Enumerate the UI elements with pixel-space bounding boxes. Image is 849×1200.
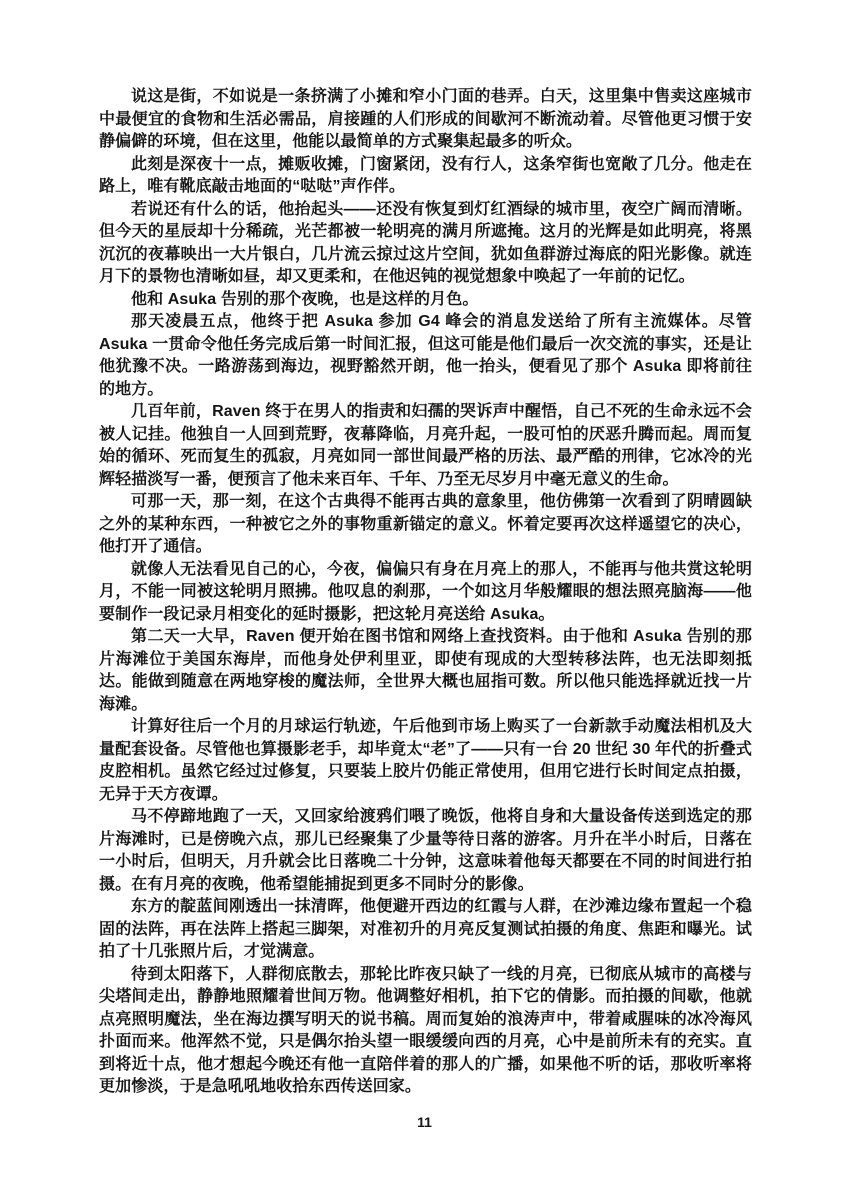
paragraph: 可那一天，那一刻，在这个古典得不能再古典的意象里，他仿佛第一次看到了阴晴圆缺之外…	[99, 491, 752, 559]
document-page: 说这是街，不如说是一条挤满了小摊和窄小门面的巷弄。白天，这里集中售卖这座城市中最…	[0, 0, 849, 1200]
paragraph: 他和 Asuka 告别的那个夜晚，也是这样的月色。	[99, 289, 752, 312]
paragraph: 第二天一大早，Raven 便开始在图书馆和网络上查找资料。由于他和 Asuka …	[99, 626, 752, 716]
body-text: 说这是街，不如说是一条挤满了小摊和窄小门面的巷弄。白天，这里集中售卖这座城市中最…	[99, 86, 752, 1099]
paragraph: 那天凌晨五点，他终于把 Asuka 参加 G4 峰会的消息发送给了所有主流媒体。…	[99, 311, 752, 401]
paragraph: 计算好往后一个月的月球运行轨迹，午后他到市场上购买了一台新款手动魔法相机及大量配…	[99, 716, 752, 806]
paragraph: 就像人无法看见自己的心，今夜，偏偏只有身在月亮上的那人，不能再与他共赏这轮明月，…	[99, 559, 752, 627]
paragraph: 待到太阳落下，人群彻底散去，那轮比昨夜只缺了一线的月亮，已彻底从城市的高楼与尖塔…	[99, 964, 752, 1099]
paragraph: 说这是街，不如说是一条挤满了小摊和窄小门面的巷弄。白天，这里集中售卖这座城市中最…	[99, 86, 752, 154]
paragraph: 此刻是深夜十一点，摊贩收摊，门窗紧闭，没有行人，这条窄街也宽敞了几分。他走在路上…	[99, 154, 752, 199]
page-number: 11	[0, 1113, 849, 1131]
paragraph: 东方的靛蓝间刚透出一抹清晖，他便避开西边的红霞与人群，在沙滩边缘布置起一个稳固的…	[99, 896, 752, 964]
paragraph: 几百年前，Raven 终于在男人的指责和妇孺的哭诉声中醒悟，自己不死的生命永远不…	[99, 401, 752, 491]
paragraph: 若说还有什么的话，他抬起头——还没有恢复到灯红酒绿的城市里，夜空广阔而清晰。但今…	[99, 199, 752, 289]
paragraph: 马不停蹄地跑了一天，又回家给渡鸦们喂了晚饭，他将自身和大量设备传送到选定的那片海…	[99, 806, 752, 896]
